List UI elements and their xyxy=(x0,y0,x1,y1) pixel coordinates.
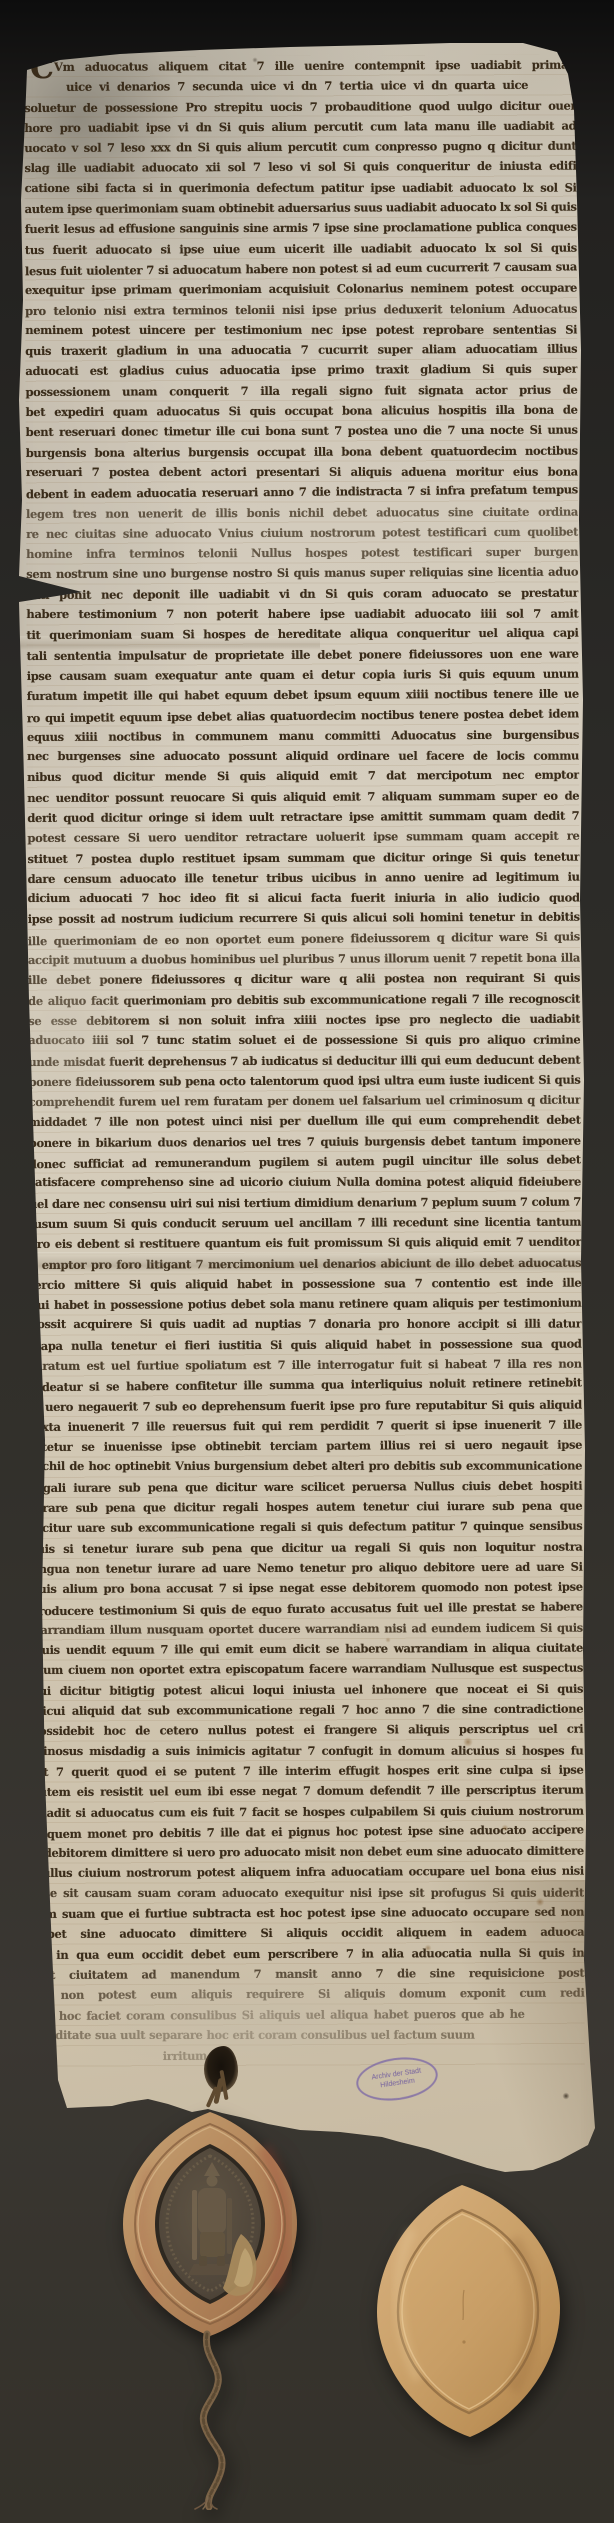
text-line: sem nostrum sine uno burgense nostro Si … xyxy=(26,562,578,585)
text-line: pro eis debent si restituere quantum eis… xyxy=(29,1232,581,1255)
text-line: ponere fideiussorem sub pena octo talent… xyxy=(28,1069,580,1092)
text-line: fuerit lesus ad effusione sanguinis sine… xyxy=(25,217,577,240)
text-line: uice vi denarios 7 secunda uice vi dn 7 … xyxy=(24,75,576,98)
text-line: fatetur se inuenisse ipse obtinebit terc… xyxy=(30,1435,582,1458)
text-line: re nec ciuitas sine aduocato Vnius ciuiu… xyxy=(26,521,578,544)
text-line: bent reseruari donec timetur ille cui bo… xyxy=(26,420,578,443)
text-line: furatum impetit ille qui habet equum deb… xyxy=(27,684,579,707)
text-line: derit quod dicitur oringe si idem uult r… xyxy=(27,806,579,829)
text-line: autem ipse querimoniam suam obtinebit ad… xyxy=(25,197,577,220)
text-line: uel dare nec consensu uiri sui nisi tert… xyxy=(29,1191,581,1214)
text-line: debet sine aduocato dimittere Si aliquis… xyxy=(32,1922,584,1945)
text-line: ipse sit causam suam coram aduocato exeq… xyxy=(32,1882,584,1903)
text-line: Nullus ciuium nostrorum potest aliquem i… xyxy=(32,1861,584,1884)
parchment: Vm aduocatus aliquem citat 7 ille uenire… xyxy=(0,0,614,2523)
seal-cord xyxy=(195,2334,222,2509)
text-line: alapa nulla tenetur ei fieri iustitia Si… xyxy=(30,1333,582,1356)
text-line: iurare sub pena que dicitur regali hospe… xyxy=(30,1496,582,1519)
text-line: rem suam que ei furtiue subtracta est ho… xyxy=(32,1902,584,1925)
text-line: aduocato iiii sol 7 tunc statim soluet e… xyxy=(28,1030,580,1051)
text-line: exequitur ipse primam querimoniam acquis… xyxy=(25,278,577,301)
text-line: satisfacere comprehenso sine ad uicorio … xyxy=(29,1172,581,1193)
text-line: nibus quod dicitur mende Si quis aliquid… xyxy=(27,765,579,788)
text-line: Vm aduocatus aliquem citat 7 ille uenire… xyxy=(24,55,576,78)
text-line: ipse causam suam exequatur ante quam ei … xyxy=(27,663,579,686)
text-line: soluetur de possessione Pro strepitu uoc… xyxy=(24,95,576,118)
text-line: middadet 7 ille non potest uinci nisi pe… xyxy=(29,1110,581,1133)
text-line: de aliquo facit querimoniam pro debitis … xyxy=(28,988,580,1011)
text-line: hore pro uadiabit ipse vi dn Si quis ali… xyxy=(24,115,576,138)
text-line: qui habet in possessione potius debet so… xyxy=(29,1293,581,1316)
text-line: accipit mutuum a duobus hominibus uel pl… xyxy=(28,948,580,971)
text-line: tia in qua eum occidit debet eum perscri… xyxy=(32,1942,584,1965)
text-line: dicitur uare sub excommunicatione regali… xyxy=(30,1516,582,1539)
text-line: homine infra terminos telonii Nullus hos… xyxy=(26,542,578,565)
text-line: irritum est xyxy=(33,2042,585,2067)
text-line: trat ciuitatem ad manendum 7 mansit anno… xyxy=(32,1962,584,1985)
text-line: illum ciuem non oportet extra episcopatu… xyxy=(31,1658,583,1681)
text-line: stituet 7 postea duplo restituet ipsam s… xyxy=(27,846,579,869)
text-line: minosus misdadig a suis inimicis agitatu… xyxy=(31,1740,583,1761)
photo-stage: Vm aduocatus aliquem citat 7 ille uenire… xyxy=(0,0,614,2523)
text-line: qui dicitur bitigtig potest alicui loqui… xyxy=(31,1678,583,1701)
text-line: se esse debitorem si non soluit infra xi… xyxy=(28,1009,580,1032)
text-line: autem eis resistit uel eum ibi esse nega… xyxy=(32,1780,584,1803)
text-line: lingua non tenetur iurare ad uare Nemo t… xyxy=(31,1557,583,1580)
text-line: git 7 querit quod ei se putent 7 ille in… xyxy=(31,1760,583,1783)
text-line: suis si tenetur iurare sub pena que dici… xyxy=(30,1536,582,1559)
text-line: tit querimoniam suam Si hospes de heredi… xyxy=(26,623,578,646)
text-line: possessionem unam conquerit 7 illa regal… xyxy=(25,379,577,402)
text-line: unde misdat fuerit deprehensus 7 ab iudi… xyxy=(28,1049,580,1072)
initial-letter: C xyxy=(30,54,54,84)
text-line: tercio mittere Si quis aliquid habet in … xyxy=(29,1272,581,1295)
text-line: ro qui impetit equum ipse debet alias qu… xyxy=(27,703,579,728)
text-line: si uero negauerit 7 sub eo deprehensum f… xyxy=(30,1394,582,1417)
text-line: catione sibi facta si in querimonia defe… xyxy=(25,177,577,198)
text-line: burgensis bona alterius burgensis occupa… xyxy=(26,440,578,463)
text-line: regali iurare sub pena que dicitur ware … xyxy=(30,1475,582,1498)
text-line: 7 emptor pro foro litigant 7 mercimonium… xyxy=(29,1252,581,1275)
text-line: ille debet ponere fideiussores q dicitur… xyxy=(28,968,580,991)
text-line: legem tres non uenerit de illis bonis ni… xyxy=(26,501,578,524)
text-line: nichil de hoc optinebit Vnius burgensium… xyxy=(30,1456,582,1477)
text-line: quis traxerit gladium in una aduocatia 7… xyxy=(25,339,577,362)
text-line: 7 debitorem dimittere si uero pro aduoca… xyxy=(32,1841,584,1864)
text-line: bet expediri quam aduocatus Si quis occu… xyxy=(26,400,578,423)
text-line: habere testimonium 7 non poterit habere … xyxy=(26,604,578,625)
text-line: warrandiam illum nusquam oportet ducere … xyxy=(31,1617,583,1640)
charter-text: Vm aduocatus aliquem citat 7 ille uenire… xyxy=(24,55,585,2069)
text-line: nec burgenses sine aduocato possunt aliq… xyxy=(27,746,579,767)
text-line: fusum suum Si quis conducit seruum uel a… xyxy=(29,1212,581,1235)
text-line: ea non potest eum aliquis requirere Si a… xyxy=(32,1983,584,2006)
text-line: nec uenditor possunt reuocare Si quis al… xyxy=(27,785,579,808)
text-line: equus xiiii noctibus in communem manu co… xyxy=(27,724,579,747)
text-line: neminem potest uincere per testimonium n… xyxy=(25,319,577,340)
text-line: pro telonio nisi extra terminos telonii … xyxy=(25,298,577,321)
text-line: ciuis uendit equum 7 ille qui emit eum d… xyxy=(31,1638,583,1661)
text-line: possit acquirere Si quis uadit ad nuptia… xyxy=(30,1314,582,1335)
text-line: potest cessare Si uero uenditor retracta… xyxy=(27,826,579,849)
right-seal-case xyxy=(352,2170,567,2445)
text-line: mit hoc faciet coram consulibus Si aliqu… xyxy=(33,2003,585,2026)
text-line: aduocati est gladius cuius aduocatia ips… xyxy=(25,359,577,382)
text-line: slag ille uadiabit aduocato xii sol 7 le… xyxy=(24,156,576,179)
text-line: reditate sua uult separare hoc erit cora… xyxy=(33,2024,585,2045)
left-seal xyxy=(95,2098,305,2510)
text-line: alicui aliquid dat sub excommunicatione … xyxy=(31,1699,583,1722)
text-line: dare censum aduocato ille tenetur tribus… xyxy=(28,866,580,889)
text-line: dicium aduocati 7 hoc ideo fit si alicui… xyxy=(28,888,580,909)
text-line: cati ponit nec deponit ille uadiabit vi … xyxy=(26,582,578,605)
text-line: tali sententia impulsatur de proprietate… xyxy=(27,643,579,666)
text-line: possidebit hoc de cetero nullus potest e… xyxy=(31,1719,583,1742)
text-line: comprehendit furem uel rem furatam per d… xyxy=(29,1090,581,1113)
text-line: uocato v sol 7 leso xxx dn Si quis alium… xyxy=(24,136,576,159)
text-line: iuxta inuenerit 7 ille reuersus fuit qui… xyxy=(30,1414,582,1437)
